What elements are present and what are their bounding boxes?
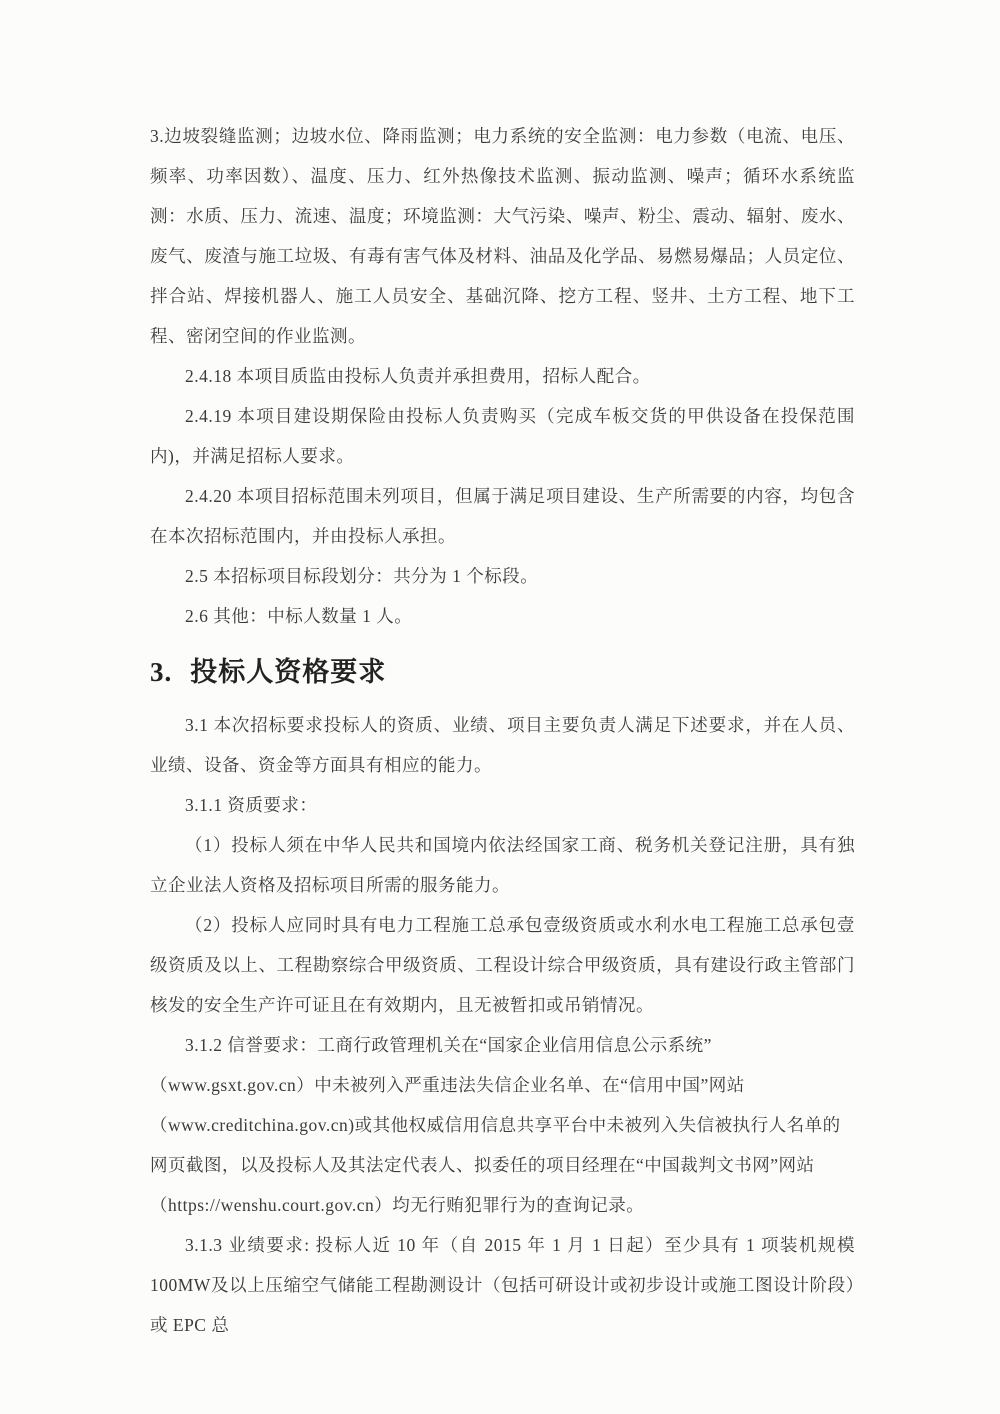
paragraph-2-4-18: 2.4.18 本项目质监由投标人负责并承担费用，招标人配合。: [150, 356, 855, 396]
text-line: （www.gsxt.gov.cn）中未被列入严重违法失信企业名单、在“信用中国”…: [150, 1065, 855, 1105]
paragraph-3-1-1-sub2: （2）投标人应同时具有电力工程施工总承包壹级资质或水利水电工程施工总承包壹级资质…: [150, 905, 855, 1025]
paragraph-2-6: 2.6 其他：中标人数量 1 人。: [150, 596, 855, 636]
section-3-heading: 3.投标人资格要求: [150, 649, 855, 695]
paragraph-3-1: 3.1 本次招标要求投标人的资质、业绩、项目主要负责人满足下述要求，并在人员、业…: [150, 705, 855, 785]
document-page: 3.边坡裂缝监测；边坡水位、降雨监测；电力系统的安全监测：电力参数（电流、电压、…: [0, 0, 1000, 1414]
paragraph-3-1-2: 3.1.2 信誉要求：工商行政管理机关在“国家企业信用信息公示系统” （www.…: [150, 1025, 855, 1225]
paragraph-3-1-3: 3.1.3 业绩要求: 投标人近 10 年（自 2015 年 1 月 1 日起）…: [150, 1225, 855, 1345]
section-3-title: 投标人资格要求: [190, 657, 386, 687]
paragraph-2-4-19: 2.4.19 本项目建设期保险由投标人负责购买（完成车板交货的甲供设备在投保范围…: [150, 396, 855, 476]
section-3-number: 3.: [150, 657, 172, 687]
paragraph-3-1-1: 3.1.1 资质要求：: [150, 785, 855, 825]
text-line: 网页截图，以及投标人及其法定代表人、拟委任的项目经理在“中国裁判文书网”网站: [150, 1145, 855, 1185]
paragraph-2-4-20: 2.4.20 本项目招标范围未列项目，但属于满足项目建设、生产所需要的内容，均包…: [150, 476, 855, 556]
text-line: 3.1.2 信誉要求：工商行政管理机关在“国家企业信用信息公示系统”: [150, 1025, 855, 1065]
paragraph-monitoring-list-item-3: 3.边坡裂缝监测；边坡水位、降雨监测；电力系统的安全监测：电力参数（电流、电压、…: [150, 116, 855, 356]
text-line: （www.creditchina.gov.cn)或其他权威信用信息共享平台中未被…: [150, 1105, 855, 1145]
paragraph-3-1-1-sub1: （1）投标人须在中华人民共和国境内依法经国家工商、税务机关登记注册，具有独立企业…: [150, 825, 855, 905]
text-line: （https://wenshu.court.gov.cn）均无行贿犯罪行为的查询…: [150, 1185, 855, 1225]
paragraph-2-5: 2.5 本招标项目标段划分：共分为 1 个标段。: [150, 556, 855, 596]
